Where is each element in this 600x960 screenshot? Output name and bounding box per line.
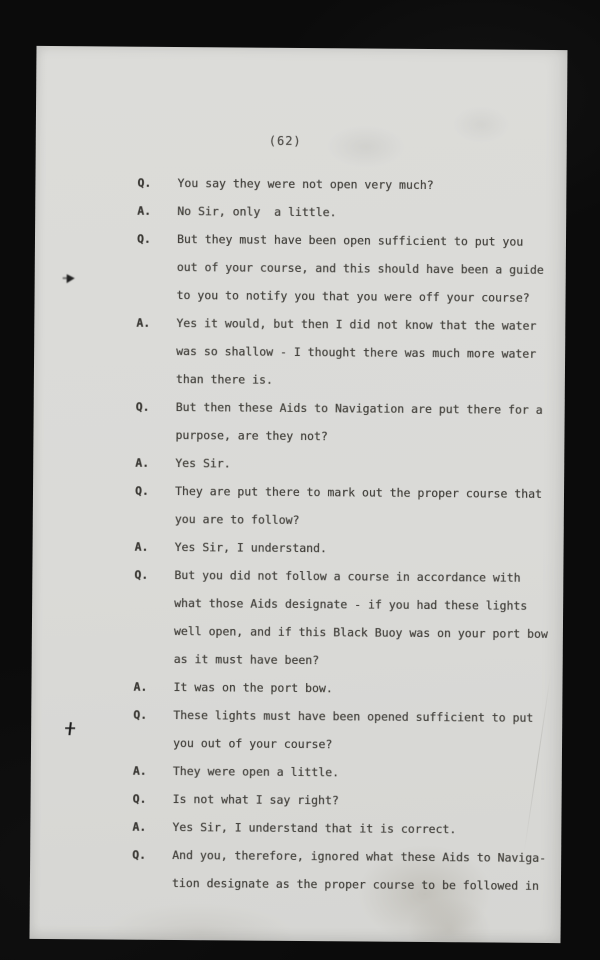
entry-lines: And you, therefore, ignored what these A… bbox=[172, 841, 546, 900]
transcript-entry: Q. But they must have been open sufficie… bbox=[136, 225, 547, 312]
entry-line: Yes it would, but then I did not know th… bbox=[176, 309, 546, 340]
transcript-entry: A. Yes Sir. bbox=[135, 449, 545, 480]
entry-lines: These lights must have been opened suffi… bbox=[173, 701, 543, 760]
speaker-label: A. bbox=[132, 813, 172, 841]
entry-lines: But then these Aids to Navigation are pu… bbox=[175, 393, 545, 452]
entry-lines: Yes Sir. bbox=[175, 449, 545, 480]
entry-line: Yes Sir, I understand that it is correct… bbox=[172, 813, 542, 844]
entry-line: You say they were not open very much? bbox=[177, 169, 547, 200]
transcript-entry: A. Yes Sir, I understand that it is corr… bbox=[132, 813, 542, 844]
document-page: (62) Q. You say they were not open very … bbox=[30, 46, 568, 943]
speaker-label: Q. bbox=[137, 169, 177, 197]
entry-lines: Is not what I say right? bbox=[172, 785, 542, 816]
transcript-entry: Q. Is not what I say right? bbox=[132, 785, 542, 816]
transcript-entry: A. It was on the port bow. bbox=[133, 673, 543, 704]
entry-line: No Sir, only a little. bbox=[177, 197, 547, 228]
entry-line: than there is. bbox=[176, 365, 546, 396]
speaker-label: A. bbox=[136, 309, 176, 337]
transcript-entry: Q. They are put there to mark out the pr… bbox=[135, 477, 545, 536]
speaker-label: Q. bbox=[134, 561, 174, 589]
entry-lines: But you did not follow a course in accor… bbox=[174, 561, 549, 676]
speaker-label: Q. bbox=[136, 393, 176, 421]
entry-lines: You say they were not open very much? bbox=[177, 169, 547, 200]
entry-line: Yes Sir, I understand. bbox=[174, 533, 544, 564]
transcript-entry: A. They were open a little. bbox=[133, 757, 543, 788]
transcript-entry: Q. But then these Aids to Navigation are… bbox=[135, 393, 545, 452]
entry-line: It was on the port bow. bbox=[173, 673, 543, 704]
entry-line: tion designate as the proper course to b… bbox=[172, 869, 546, 900]
entry-line: But you did not follow a course in accor… bbox=[174, 561, 548, 592]
speaker-label: Q. bbox=[132, 841, 172, 869]
entry-line: They are put there to mark out the prope… bbox=[175, 477, 545, 508]
entry-line: as it must have been? bbox=[174, 645, 548, 676]
entry-line: well open, and if this Black Buoy was on… bbox=[174, 617, 548, 648]
transcript: Q. You say they were not open very much?… bbox=[132, 169, 548, 900]
speaker-label: Q. bbox=[133, 701, 173, 729]
entry-line: you are to follow? bbox=[175, 505, 545, 536]
entry-line: But they must have been open sufficient … bbox=[177, 225, 547, 256]
margin-cross-mark bbox=[65, 722, 75, 735]
entry-line: And you, therefore, ignored what these A… bbox=[172, 841, 546, 872]
entry-line: Yes Sir. bbox=[175, 449, 545, 480]
speaker-label: A. bbox=[134, 533, 174, 561]
entry-line: to you to notify you that you were off y… bbox=[176, 281, 546, 312]
entry-line: what those Aids designate - if you had t… bbox=[174, 589, 548, 620]
entry-lines: They were open a little. bbox=[173, 757, 543, 788]
entry-line: out of your course, and this should have… bbox=[177, 253, 547, 284]
margin-arrow-tail bbox=[63, 277, 73, 279]
speaker-label: A. bbox=[135, 449, 175, 477]
speaker-label: Q. bbox=[135, 477, 175, 505]
entry-lines: No Sir, only a little. bbox=[177, 197, 547, 228]
entry-lines: Yes Sir, I understand. bbox=[174, 533, 544, 564]
transcript-entry: A. Yes it would, but then I did not know… bbox=[136, 309, 547, 396]
transcript-entry: A. No Sir, only a little. bbox=[137, 197, 547, 228]
entry-lines: Yes it would, but then I did not know th… bbox=[176, 309, 547, 396]
entry-line: was so shallow - I thought there was muc… bbox=[176, 337, 546, 368]
transcript-entry: Q. But you did not follow a course in ac… bbox=[134, 561, 545, 676]
entry-line: These lights must have been opened suffi… bbox=[173, 701, 543, 732]
speaker-label: Q. bbox=[132, 785, 172, 813]
transcript-entry: Q. These lights must have been opened su… bbox=[133, 701, 543, 760]
entry-line: They were open a little. bbox=[173, 757, 543, 788]
entry-lines: They are put there to mark out the prope… bbox=[175, 477, 545, 536]
entry-lines: Yes Sir, I understand that it is correct… bbox=[172, 813, 542, 844]
margin-cross-horizontal bbox=[65, 727, 75, 729]
speaker-label: Q. bbox=[137, 225, 177, 253]
scan-background: (62) Q. You say they were not open very … bbox=[0, 0, 600, 960]
entry-line: But then these Aids to Navigation are pu… bbox=[176, 393, 546, 424]
speaker-label: A. bbox=[133, 757, 173, 785]
speaker-label: A. bbox=[137, 197, 177, 225]
transcript-entry: Q. You say they were not open very much? bbox=[137, 169, 547, 200]
page-number: (62) bbox=[269, 134, 302, 148]
margin-arrow-mark bbox=[67, 274, 75, 283]
speaker-label: A. bbox=[133, 673, 173, 701]
entry-lines: It was on the port bow. bbox=[173, 673, 543, 704]
transcript-entry: Q. And you, therefore, ignored what thes… bbox=[132, 841, 542, 900]
entry-line: purpose, are they not? bbox=[175, 421, 545, 452]
entry-line: Is not what I say right? bbox=[172, 785, 542, 816]
entry-lines: But they must have been open sufficient … bbox=[176, 225, 547, 312]
transcript-entry: A. Yes Sir, I understand. bbox=[134, 533, 544, 564]
entry-line: you out of your course? bbox=[173, 729, 543, 760]
